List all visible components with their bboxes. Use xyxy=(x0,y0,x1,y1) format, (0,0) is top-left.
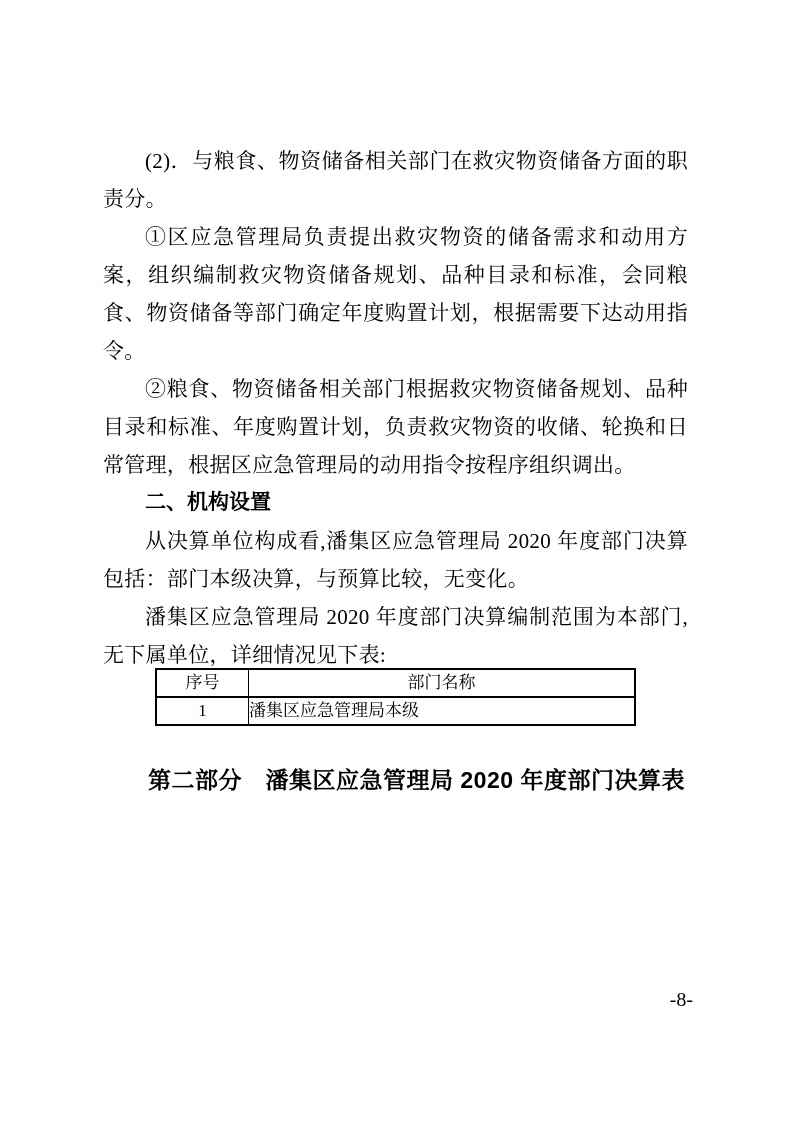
part-two-title: 第二部分 潘集区应急管理局 2020 年度部门决算表 xyxy=(148,764,688,796)
table-cell-department-name: 潘集区应急管理局本级 xyxy=(249,697,636,725)
table-cell-sequence-number: 1 xyxy=(156,697,249,725)
table-row: 1 潘集区应急管理局本级 xyxy=(156,697,635,725)
section-heading-organization-setup: 二、机构设置 xyxy=(103,484,688,522)
paragraph-grain-dept-duty: ②粮食、物资储备相关部门根据救灾物资储备规划、品种目录和标准、年度购置计划，负责… xyxy=(103,370,688,484)
paragraph-duty-split: (2)．与粮食、物资储备相关部门在救灾物资储备方面的职责分。 xyxy=(103,142,688,218)
paragraph-final-accounts-composition: 从决算单位构成看,潘集区应急管理局 2020 年度部门决算包括：部门本级决算，与… xyxy=(103,522,688,598)
document-page: (2)．与粮食、物资储备相关部门在救灾物资储备方面的职责分。 ①区应急管理局负责… xyxy=(0,0,793,1122)
department-list-table: 序号 部门名称 1 潘集区应急管理局本级 xyxy=(155,668,636,726)
page-number: -8- xyxy=(670,988,693,1012)
paragraph-compilation-scope: 潘集区应急管理局 2020 年度部门决算编制范围为本部门,无下属单位，详细情况见… xyxy=(103,598,688,674)
document-content: (2)．与粮食、物资储备相关部门在救灾物资储备方面的职责分。 ①区应急管理局负责… xyxy=(103,142,688,796)
paragraph-emergency-bureau-duty: ①区应急管理局负责提出救灾物资的储备需求和动用方案，组织编制救灾物资储备规划、品… xyxy=(103,218,688,370)
